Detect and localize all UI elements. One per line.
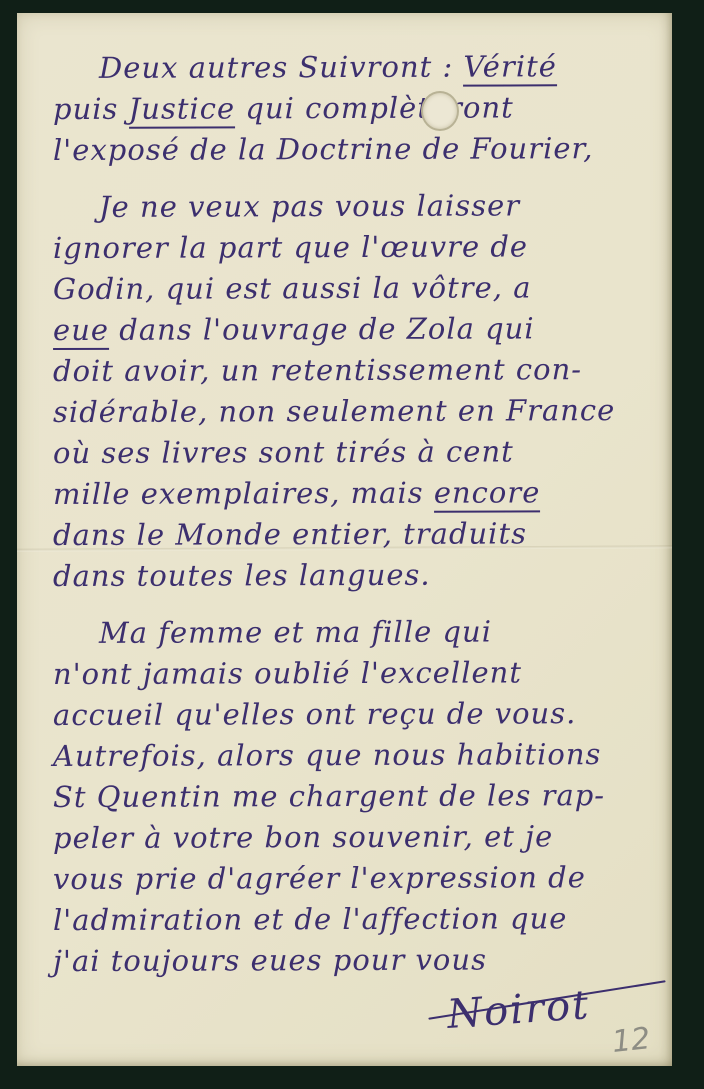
- letter-line: n'ont jamais oublié l'excellent: [53, 652, 652, 695]
- line-text: mille exemplaires, mais: [53, 476, 434, 511]
- line-text: vous prie d'agréer l'expression de: [53, 860, 586, 896]
- letter-line: vous prie d'agréer l'expression de: [53, 857, 652, 900]
- letter-line: Ma femme et ma fille qui: [53, 611, 652, 654]
- line-text: l'exposé de la Doctrine de Fourier,: [53, 131, 594, 167]
- line-text: n'ont jamais oublié l'excellent: [53, 655, 522, 691]
- line-text: peler à votre bon souvenir, et je: [53, 819, 553, 855]
- letter-line: Autrefois, alors que nous habitions: [53, 734, 652, 777]
- line-text: Ma femme et ma fille qui: [99, 615, 492, 650]
- line-text: dans le Monde entier, traduits: [53, 516, 527, 552]
- letter-line: dans toutes les langues.: [53, 554, 652, 597]
- underlined-word: encore: [434, 475, 541, 512]
- letter-line: accueil qu'elles ont reçu de vous.: [53, 693, 652, 736]
- page-number-pencil: 12: [610, 1021, 652, 1060]
- paper-hole: [421, 91, 459, 131]
- letter-line: sidérable, non seulement en France: [53, 390, 652, 433]
- letter-line: où ses livres sont tirés à cent: [53, 431, 652, 474]
- underlined-word: eue: [53, 313, 109, 350]
- line-text: Deux autres Suivront :: [99, 50, 464, 85]
- letter-line: Godin, qui est aussi la vôtre, a: [53, 267, 652, 310]
- line-text: j'ai toujours eues pour vous: [53, 943, 487, 979]
- line-text: où ses livres sont tirés à cent: [53, 434, 514, 470]
- letter-line: ignorer la part que l'œuvre de: [53, 226, 652, 269]
- letter-line: peler à votre bon souvenir, et je: [53, 816, 652, 859]
- line-text: doit avoir, un retentissement con-: [53, 352, 582, 388]
- letter-line: dans le Monde entier, traduits: [53, 513, 652, 556]
- background: { "colors": { "background": "#101f17", "…: [0, 0, 704, 1089]
- line-text: Godin, qui est aussi la vôtre, a: [53, 270, 532, 306]
- letter-text: Deux autres Suivront : Vérité puis Justi…: [53, 47, 652, 981]
- line-text: ignorer la part que l'œuvre de: [53, 229, 528, 265]
- line-text: sidérable, non seulement en France: [53, 393, 615, 429]
- line-text: puis: [53, 92, 129, 126]
- letter-line: St Quentin me chargent de les rap-: [53, 775, 652, 818]
- letter-line: eue dans l'ouvrage de Zola qui: [53, 308, 652, 351]
- line-text: qui complèteront: [235, 90, 514, 125]
- letter-line: l'admiration et de l'affection que: [53, 898, 652, 941]
- letter-line: l'exposé de la Doctrine de Fourier,: [53, 128, 652, 171]
- line-text: St Quentin me chargent de les rap-: [53, 778, 605, 814]
- letter-line: Deux autres Suivront : Vérité: [53, 46, 652, 89]
- letter-line: mille exemplaires, mais encore: [53, 472, 652, 515]
- line-text: dans l'ouvrage de Zola qui: [109, 311, 535, 346]
- line-text: dans toutes les langues.: [53, 558, 431, 593]
- line-text: Autrefois, alors que nous habitions: [53, 737, 601, 773]
- line-text: l'admiration et de l'affection que: [53, 901, 568, 937]
- letter-line: puis Justice qui complèteront: [53, 87, 652, 130]
- underlined-word: Justice: [129, 91, 236, 128]
- underlined-word: Vérité: [463, 49, 557, 86]
- letter-line: doit avoir, un retentissement con-: [53, 349, 652, 392]
- letter-paper: Deux autres Suivront : Vérité puis Justi…: [17, 13, 672, 1066]
- signature: Noirot: [446, 982, 592, 1038]
- line-text: accueil qu'elles ont reçu de vous.: [53, 696, 576, 732]
- letter-line: Je ne veux pas vous laisser: [53, 185, 652, 228]
- line-text: Je ne veux pas vous laisser: [99, 188, 520, 223]
